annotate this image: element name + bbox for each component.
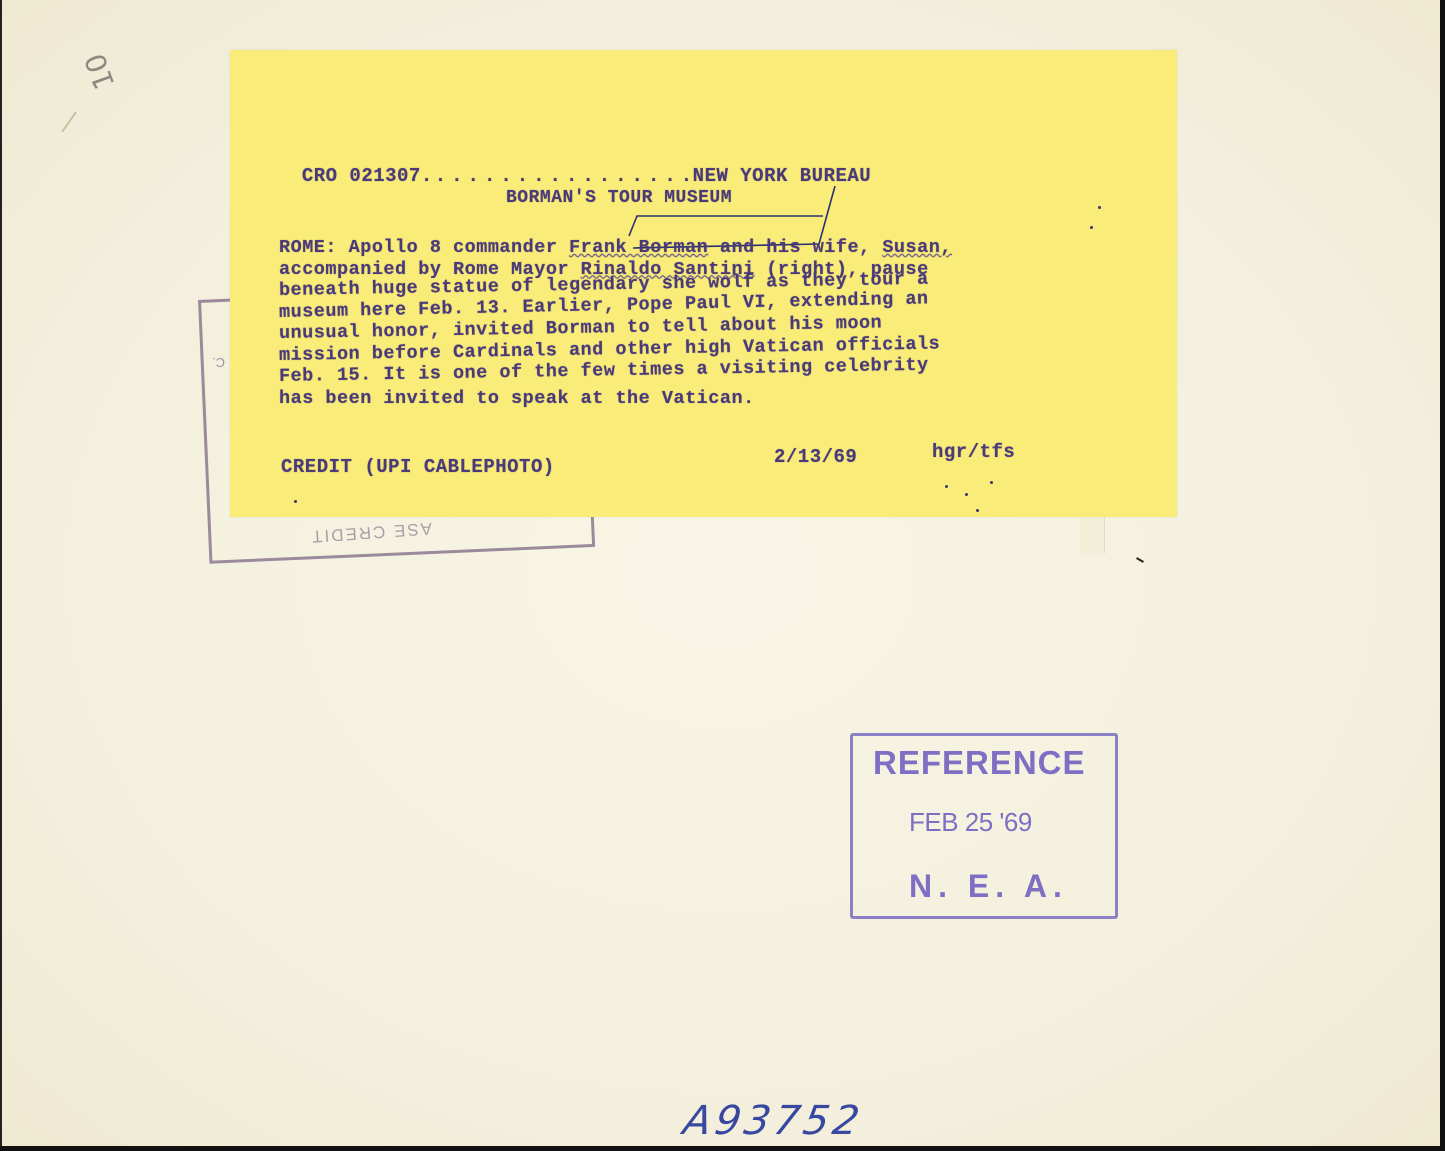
ink-speck [976, 509, 979, 512]
caption-line: has been invited to speak at the Vatican… [279, 388, 1109, 410]
caption-headline: BORMAN'S TOUR MUSEUM [506, 188, 732, 208]
scan-edge-right [1440, 0, 1445, 1151]
slug-line: CRO 021307.................NEW YORK BURE… [278, 143, 871, 187]
caption-date: 2/13/69 [774, 446, 857, 468]
slug-leader-dots: ............... [435, 165, 681, 187]
reference-stamp-date: FEB 25 '69 [909, 807, 1032, 838]
name-frank-borman: Frank Borman [569, 237, 708, 258]
reference-stamp-title: REFERENCE [873, 744, 1086, 782]
photo-credit: CREDIT (UPI CABLEPHOTO) [281, 456, 555, 478]
ink-speck [294, 500, 297, 503]
editor-initials: hgr/tfs [932, 441, 1015, 463]
slug-id: CRO 021307. [302, 165, 433, 187]
ink-speck [1098, 206, 1101, 209]
caption-line: ROME: Apollo 8 commander Frank Borman an… [279, 237, 1109, 259]
scan-edge-left [0, 0, 2, 1151]
ink-speck [945, 485, 948, 488]
ink-speck [990, 481, 993, 484]
caption-body: ROME: Apollo 8 commander Frank Borman an… [279, 237, 1109, 409]
ink-speck [1090, 226, 1093, 229]
reference-stamp-org: N. E. A. [909, 868, 1068, 905]
bureau-name: .NEW YORK BUREAU [681, 165, 871, 187]
ink-speck [965, 493, 968, 496]
name-susan: Susan, [882, 237, 952, 258]
reference-stamp: REFERENCE FEB 25 '69 N. E. A. [850, 733, 1118, 919]
archive-number: A93752 [680, 1098, 867, 1144]
scan-edge-bottom [0, 1146, 1445, 1151]
underlying-stamp-side-text: C. [212, 355, 225, 370]
